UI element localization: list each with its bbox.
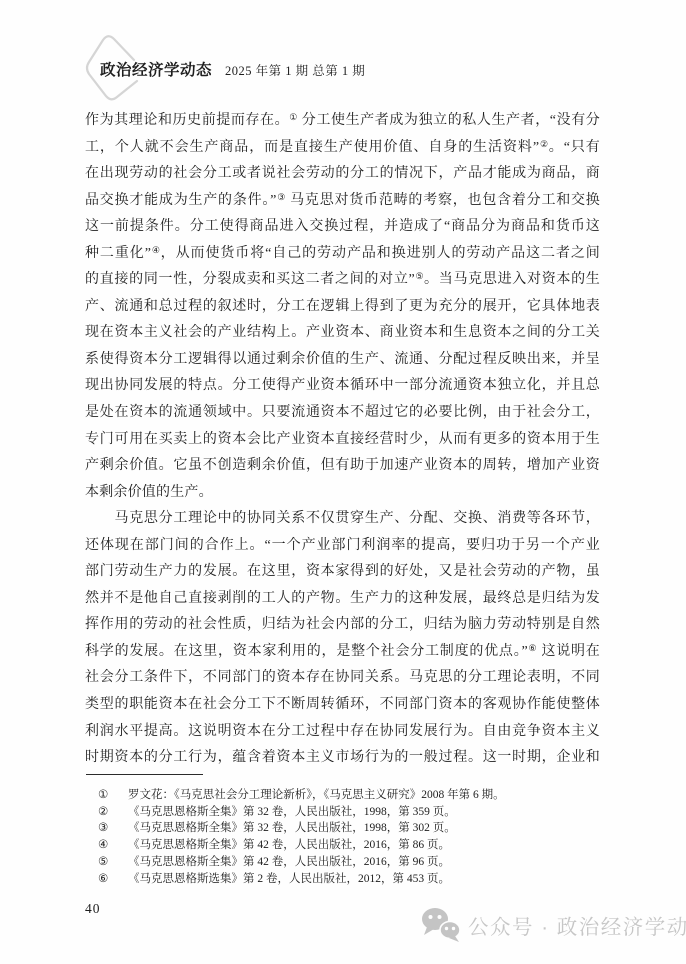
footnote-item: ②《马克思恩格斯全集》第 32 卷，人民出版社，1998，第 359 页。 xyxy=(98,804,588,821)
text-line: 产剩余价值。它虽不创造剩余价值，但有助于加速产业资本的周转，增加产业资 xyxy=(85,453,600,480)
text-line: 部门劳动生产力的发展。在这里，资本家得到的好处，又是社会劳动的产物，虽 xyxy=(85,559,600,586)
footnote-text: 《马克思恩格斯全集》第 42 卷，人民出版社，2016，第 96 页。 xyxy=(128,856,450,868)
text-line: 社会分工条件下，不同部门的资本存在协同关系。马克思的分工理论表明，不同 xyxy=(85,665,600,692)
text-line: 本剩余价值的生产。 xyxy=(85,480,600,507)
text-line: 时期资本的分工行为，蕴含着资本主义市场行为的一般过程。这一时期，企业和 xyxy=(85,745,600,772)
text-line: 现出协同发展的特点。分工使得产业资本循环中一部分流通资本独立化，并且总 xyxy=(85,373,600,400)
footnote-marker: ④ xyxy=(98,837,119,854)
wechat-icon xyxy=(421,907,461,943)
text-line: 这一前提条件。分工使得商品进入交换过程，并造成了“商品分为商品和货币这 xyxy=(85,214,600,241)
text-line: 产、流通和总过程的叙述时，分工在逻辑上得到了更为充分的展开，它具体地表 xyxy=(85,294,600,321)
footnote-marker: ⑤ xyxy=(98,854,119,871)
footnote-text: 《马克思恩格斯全集》第 32 卷，人民出版社，1998，第 302 页。 xyxy=(128,822,456,834)
footnote-text: 《马克思恩格斯选集》第 2 卷，人民出版社，2012，第 453 页。 xyxy=(128,873,450,885)
footnote-text: 罗文花：《马克思社会分工理论新析》，《马克思主义研究》2008 年第 6 期。 xyxy=(128,789,505,801)
text-line: 作为其理论和历史前提而存在。① 分工使生产者成为独立的私人生产者，“没有分 xyxy=(85,108,600,135)
text-line: 品交换才能成为生产的条件。”③ 马克思对货币范畴的考察，也包含着分工和交换 xyxy=(85,188,600,215)
text-line: 专门可用在买卖上的资本会比产业资本直接经营时少，从而有更多的资本用于生 xyxy=(85,427,600,454)
article-body: 作为其理论和历史前提而存在。① 分工使生产者成为独立的私人生产者，“没有分工，个… xyxy=(85,108,600,772)
paragraph-1: 作为其理论和历史前提而存在。① 分工使生产者成为独立的私人生产者，“没有分工，个… xyxy=(85,108,600,506)
footnote-item: ⑥《马克思恩格斯选集》第 2 卷，人民出版社，2012，第 453 页。 xyxy=(98,871,588,888)
footnotes: ①罗文花：《马克思社会分工理论新析》，《马克思主义研究》2008 年第 6 期。… xyxy=(98,787,588,887)
text-line: 利润水平提高。这说明资本在分工过程中存在协同发展行为。自由竞争资本主义 xyxy=(85,719,600,746)
text-line: 科学的发展。在这里，资本家利用的，是整个社会分工制度的优点。”⑥ 这说明在 xyxy=(85,639,600,666)
watermark-text: 公众号 · 政治经济学动态 xyxy=(468,910,686,940)
text-line: 马克思分工理论中的协同关系不仅贯穿生产、分配、交换、消费等各环节， xyxy=(85,506,600,533)
text-line: 在出现劳动的社会分工或者说社会劳动的分工的情况下，产品才能成为商品，商 xyxy=(85,161,600,188)
footnote-marker: ③ xyxy=(98,820,119,837)
text-line: 然并不是他自己直接剥削的工人的产物。生产力的这种发展，最终总是归结为发 xyxy=(85,586,600,613)
text-line: 现在资本主义社会的产业结构上。产业资本、商业资本和生息资本之间的分工关 xyxy=(85,320,600,347)
text-line: 是处在资本的流通领域中。只要流通资本不超过它的必要比例，由于社会分工， xyxy=(85,400,600,427)
wechat-watermark: 公众号 · 政治经济学动态 xyxy=(421,907,686,943)
text-line: 类型的职能资本在社会分工下不断周转循环，不同部门资本的客观协作能使整体 xyxy=(85,692,600,719)
footnote-marker: ② xyxy=(98,804,119,821)
text-line: 系使得资本分工逻辑得以通过剩余价值的生产、流通、分配过程反映出来，并呈 xyxy=(85,347,600,374)
page-header: 政治经济学动态 2025 年第 1 期 总第 1 期 xyxy=(100,58,365,80)
footnote-item: ⑤《马克思恩格斯全集》第 42 卷，人民出版社，2016，第 96 页。 xyxy=(98,854,588,871)
footnote-item: ③《马克思恩格斯全集》第 32 卷，人民出版社，1998，第 302 页。 xyxy=(98,820,588,837)
footnote-marker: ⑥ xyxy=(98,871,119,888)
text-line: 种二重化”④，从而使货币将“自己的劳动产品和换进别人的劳动产品这二者之间 xyxy=(85,241,600,268)
journal-page: 政治经济学动态 2025 年第 1 期 总第 1 期 作为其理论和历史前提而存在… xyxy=(0,0,686,964)
page-number: 40 xyxy=(85,901,101,917)
footnote-item: ④《马克思恩格斯全集》第 42 卷，人民出版社，2016，第 86 页。 xyxy=(98,837,588,854)
journal-title: 政治经济学动态 xyxy=(100,58,212,80)
paragraph-2: 马克思分工理论中的协同关系不仅贯穿生产、分配、交换、消费等各环节，还体现在部门间… xyxy=(85,506,600,771)
footnote-text: 《马克思恩格斯全集》第 32 卷，人民出版社，1998，第 359 页。 xyxy=(128,806,456,818)
footnote-text: 《马克思恩格斯全集》第 42 卷，人民出版社，2016，第 86 页。 xyxy=(128,839,450,851)
footnote-separator xyxy=(86,774,203,775)
text-line: 工，个人就不会生产商品，而是直接生产使用价值、自身的生活资料”②。“只有 xyxy=(85,135,600,162)
issue-info: 2025 年第 1 期 总第 1 期 xyxy=(225,61,365,79)
text-line: 挥作用的劳动的社会性质，归结为社会内部的分工，归结为脑力劳动特别是自然 xyxy=(85,612,600,639)
text-line: 的直接的同一性，分裂成卖和买这二者之间的对立”⑤。当马克思进入对资本的生 xyxy=(85,267,600,294)
text-line: 还体现在部门间的合作上。“一个产业部门利润率的提高，要归功于另一个产业 xyxy=(85,533,600,560)
footnote-marker: ① xyxy=(98,787,119,804)
footnote-item: ①罗文花：《马克思社会分工理论新析》，《马克思主义研究》2008 年第 6 期。 xyxy=(98,787,588,804)
